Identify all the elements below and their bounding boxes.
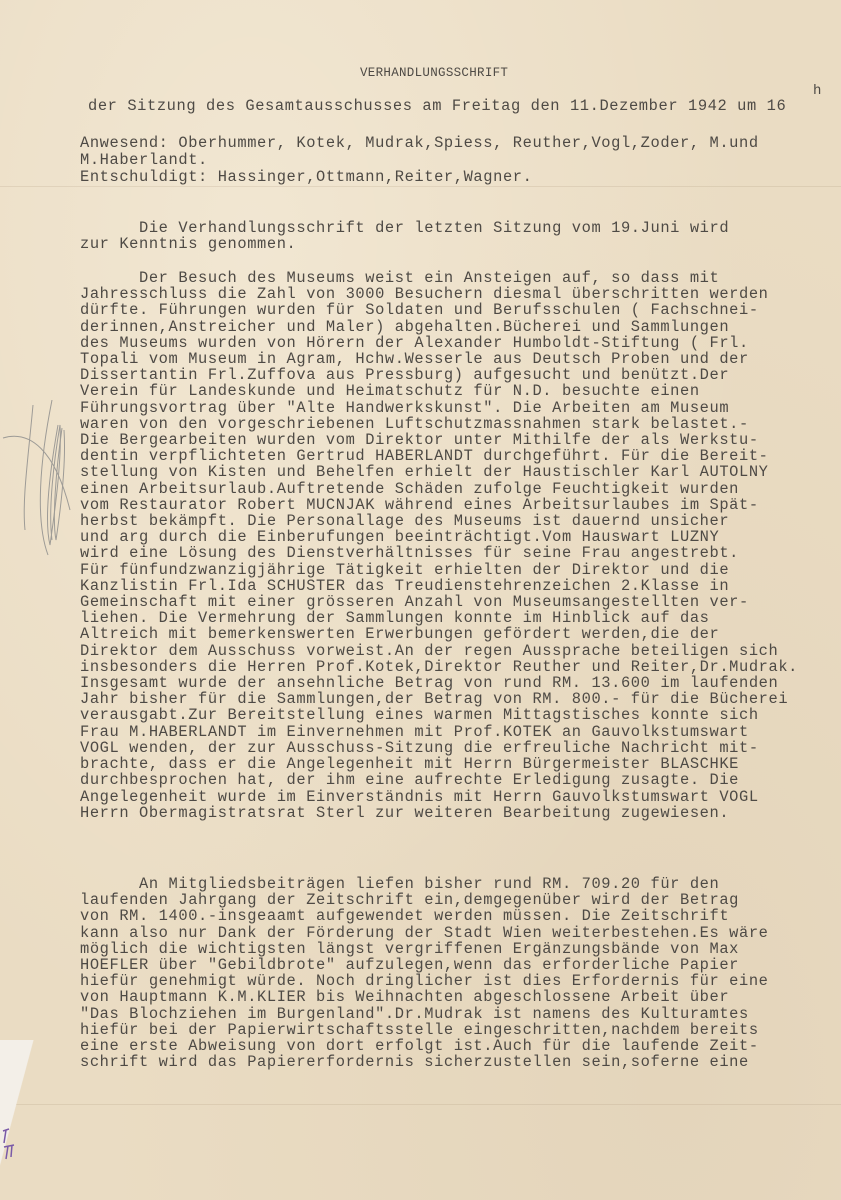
text-line: stellung von Kisten und Behelfen erhielt… [80,464,798,480]
text-line: Der Besuch des Museums weist ein Ansteig… [80,270,798,286]
document-title: VERHANDLUNGSSCHRIFT [360,66,508,80]
text-line: Jahresschluss die Zahl von 3000 Besucher… [80,286,798,302]
text-line: verausgabt.Zur Bereitstellung eines warm… [80,707,798,723]
paper-fold-line [0,1104,841,1105]
text-line: Direktor dem Ausschuss vorweist.An der r… [80,643,798,659]
text-line: von Hauptmann K.M.KLIER bis Weihnachten … [80,989,769,1005]
text-line: zur Kenntnis genommen. [80,236,729,252]
text-line: hiefür genehmigt würde. Noch dringlicher… [80,973,769,989]
text-line: von RM. 1400.-insgeaamt aufgewendet werd… [80,908,769,924]
text-line: einen Arbeitsurlaub.Auftretende Schäden … [80,481,798,497]
text-line: herbst bekämpft. Die Personallage des Mu… [80,513,798,529]
attendance-present: Anwesend: Oberhummer, Kotek, Mudrak,Spie… [80,135,759,151]
text-line: Für fünfundzwanzigjährige Tätigkeit erhi… [80,562,798,578]
text-line: Dissertantin Frl.Zuffova aus Pressburg) … [80,367,798,383]
paragraph-membership-fees: An Mitgliedsbeiträgen liefen bisher rund… [80,876,769,1070]
text-line: hiefür bei der Papierwirtschaftsstelle e… [80,1022,769,1038]
page-torn-edge [0,1040,40,1200]
text-line: Insgesamt wurde der ansehnliche Betrag v… [80,675,798,691]
text-line: Die Verhandlungsschrift der letzten Sitz… [80,220,729,236]
text-line: Gemeinschaft mit einer grösseren Anzahl … [80,594,798,610]
text-line: kann also nur Dank der Förderung der Sta… [80,925,769,941]
text-line: Angelegenheit wurde im Einverständnis mi… [80,789,798,805]
text-line: vom Restaurator Robert MUCNJAK während e… [80,497,798,513]
text-line: "Das Blochziehen im Burgenland".Dr.Mudra… [80,1006,769,1022]
text-line: dentin verpflichteten Gertrud HABERLANDT… [80,448,798,464]
text-line: und arg durch die Einberufungen beeinträ… [80,529,798,545]
text-line: durchbesprochen hat, der ihm eine aufrec… [80,772,798,788]
text-line: wird eine Lösung des Dienstverhältnisses… [80,545,798,561]
text-line: VOGL wenden, der zur Ausschuss-Sitzung d… [80,740,798,756]
text-line: möglich die wichtigsten längst vergriffe… [80,941,769,957]
text-line: Die Bergearbeiten wurden vom Direktor un… [80,432,798,448]
text-line: Altreich mit bemerkenswerten Erwerbungen… [80,626,798,642]
text-line: Führungsvortrag über "Alte Handwerkskuns… [80,400,798,416]
document-page: VERHANDLUNGSSCHRIFT h der Sitzung des Ge… [0,0,841,1200]
text-line: eine erste Abweisung von dort erfolgt is… [80,1038,769,1054]
text-line: dürfte. Führungen wurden für Soldaten un… [80,302,798,318]
text-line: Kanzlistin Frl.Ida SCHUSTER das Treudien… [80,578,798,594]
text-line: Jahr bisher für die Sammlungen,der Betra… [80,691,798,707]
text-line: HOEFLER über "Gebildbrote" aufzulegen,we… [80,957,769,973]
text-line: waren von den vorgeschriebenen Luftschut… [80,416,798,432]
paragraph-previous-minutes: Die Verhandlungsschrift der letzten Sitz… [80,220,729,252]
text-line: insbesonders die Herren Prof.Kotek,Direk… [80,659,798,675]
attendance-excused: Entschuldigt: Hassinger,Ottmann,Reiter,W… [80,169,532,185]
text-line: des Museums wurden von Hörern der Alexan… [80,335,798,351]
text-line: An Mitgliedsbeiträgen liefen bisher rund… [80,876,769,892]
text-line: laufenden Jahrgang der Zeitschrift ein,d… [80,892,769,908]
text-line: derinnen,Anstreicher und Maler) abgehalt… [80,319,798,335]
purple-stamp-mark [0,1125,20,1165]
paper-fold-line [0,186,841,187]
text-line: schrift wird das Papiererfordernis siche… [80,1054,769,1070]
text-line: Topali vom Museum in Agram, Hchw.Wesserl… [80,351,798,367]
meeting-subtitle: der Sitzung des Gesamtausschusses am Fre… [88,98,786,114]
text-line: Frau M.HABERLANDT im Einvernehmen mit Pr… [80,724,798,740]
text-line: brachte, dass er die Angelegenheit mit H… [80,756,798,772]
paragraph-museum-report: Der Besuch des Museums weist ein Ansteig… [80,270,798,821]
text-line: liehen. Die Vermehrung der Sammlungen ko… [80,610,798,626]
time-superscript: h [813,83,821,99]
pencil-scribble-mark [0,400,100,580]
attendance-present-cont: M.Haberlandt. [80,152,208,168]
text-line: Verein für Landeskunde und Heimatschutz … [80,383,798,399]
text-line: Herrn Obermagistratsrat Sterl zur weiter… [80,805,798,821]
